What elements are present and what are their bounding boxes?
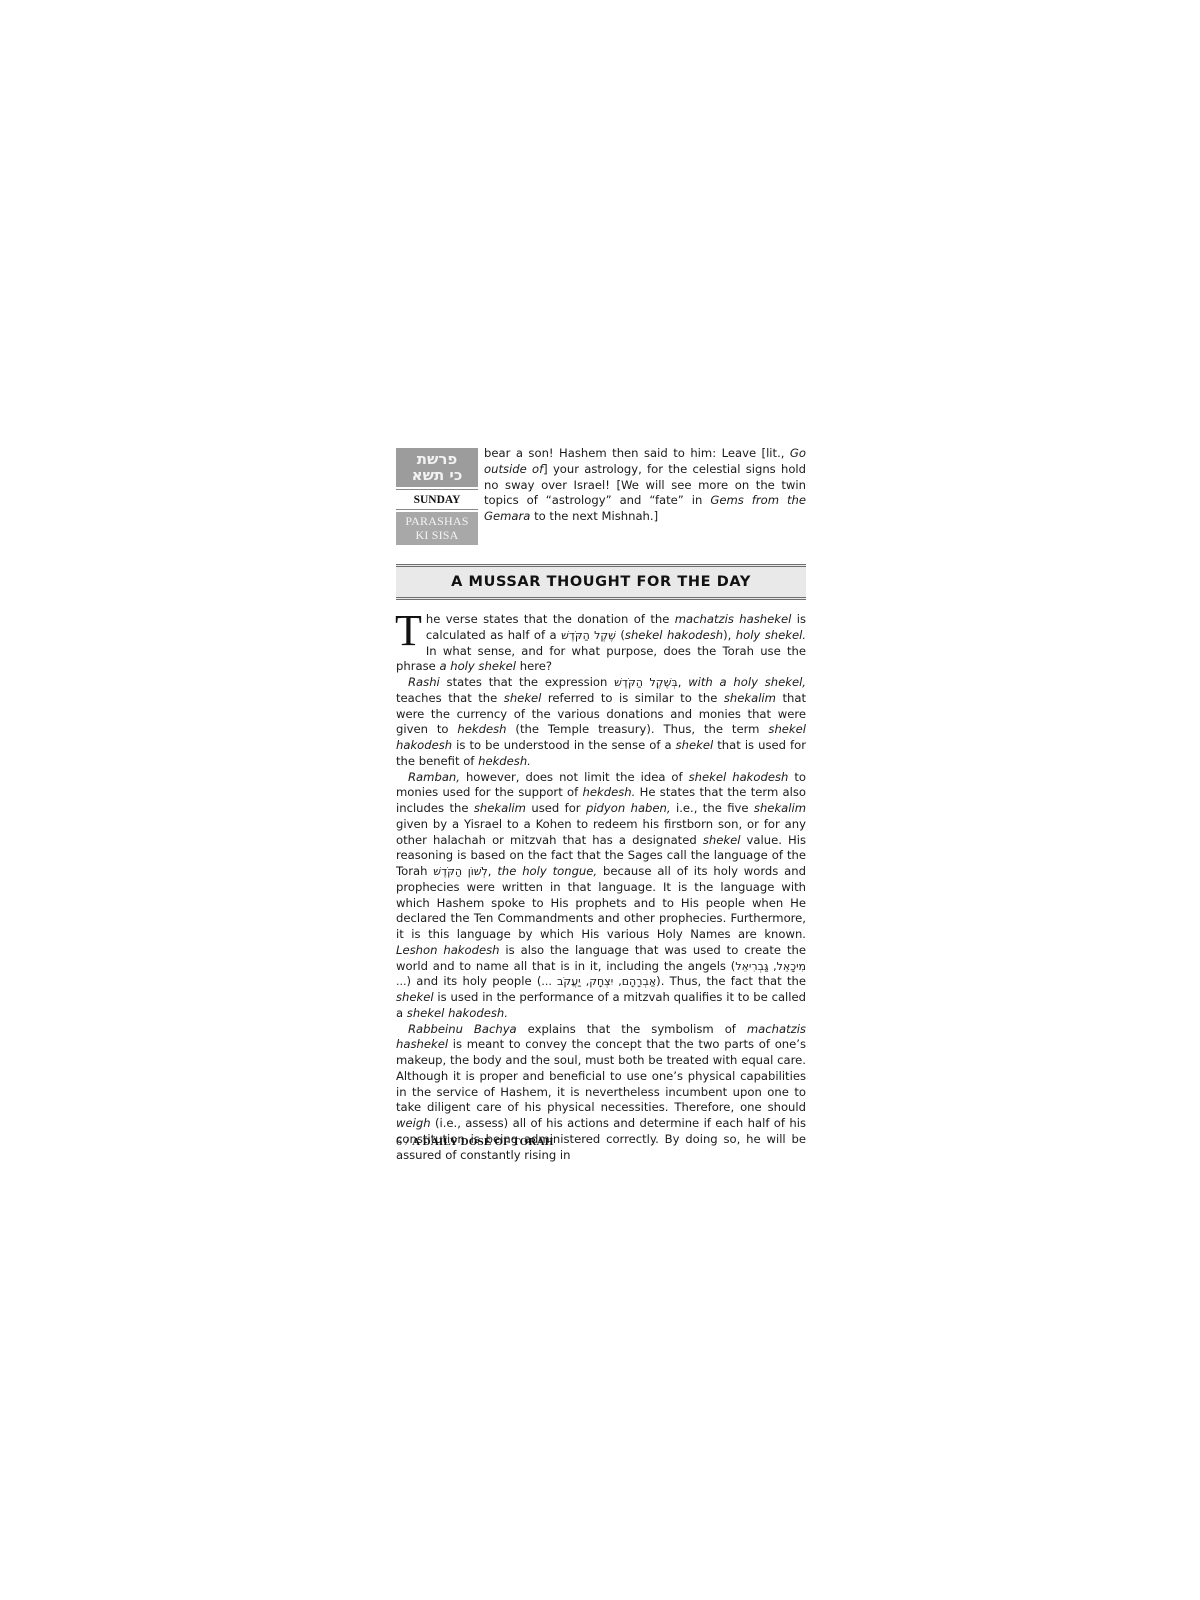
text: explains that the symbolism of (517, 1022, 747, 1036)
italic-text: shekel (676, 738, 714, 752)
italic-text: a holy shekel (439, 659, 516, 673)
text: referred to is similar to the (541, 691, 723, 705)
italic-text: Rabbeinu Bachya (408, 1022, 517, 1036)
italic-text: shekel hakodesh (625, 628, 723, 642)
hebrew-text: בְּשֶׁקֶל הַקֹּדֶשׁ (614, 676, 678, 689)
top-block: פרשת כי תשא SUNDAY PARASHAS KI SISA bear… (396, 448, 806, 548)
italic-text: Ramban, (408, 770, 460, 784)
hebrew-line-2: כי תשא (396, 467, 478, 483)
section-heading-bar: A MUSSAR THOUGHT FOR THE DAY (396, 564, 806, 600)
text: teaches that the (396, 691, 504, 705)
italic-text: hekdesh (457, 722, 506, 736)
text: he verse states that the donation of the (426, 612, 675, 626)
text: , (488, 864, 498, 878)
italic-text: weigh (396, 1116, 431, 1130)
section-heading: A MUSSAR THOUGHT FOR THE DAY (451, 567, 751, 597)
continuation-paragraph: bear a son! Hashem then said to him: Lea… (484, 446, 806, 525)
paragraph-2: Rashi states that the expression בְּשֶׁק… (396, 675, 806, 770)
text: used for (526, 801, 586, 815)
italic-text: the holy tongue, (497, 864, 597, 878)
hebrew-text: אַבְרָהָם, יִצְחָק, יַעֲקֹב ... (541, 975, 656, 988)
italic-text: Rashi (408, 675, 440, 689)
hebrew-line-1: פרשת (396, 451, 478, 467)
page-footer: 6 / A DAILY DOSE OF TORAH (396, 1134, 553, 1149)
italic-text: holy shekel. (736, 628, 806, 642)
parasha-tab: פרשת כי תשא SUNDAY PARASHAS KI SISA (396, 448, 478, 545)
text: ). Thus, the fact that the (656, 974, 806, 988)
hebrew-text: לְשׁוֹן הַקֹּדֶשׁ (433, 865, 488, 878)
text: to the next Mishnah.] (530, 509, 658, 523)
italic-text: hekdesh. (583, 785, 636, 799)
footer-separator: / (402, 1134, 412, 1148)
italic-text: shekel hakodesh (689, 770, 789, 784)
italic-text: Leshon hakodesh (396, 943, 500, 957)
text: states that the expression (440, 675, 614, 689)
italic-text: machatzis hashekel (675, 612, 792, 626)
parasha-line-1: PARASHAS (396, 514, 478, 528)
italic-text: shekel (504, 691, 542, 705)
italic-text: shekel hakodesh. (407, 1006, 508, 1020)
day-label: SUNDAY (396, 489, 478, 510)
text: (the Temple treasury). Thus, the term (507, 722, 769, 736)
italic-text: shekalim (724, 691, 776, 705)
parasha-english-label: PARASHAS KI SISA (396, 512, 478, 545)
italic-text: hekdesh. (478, 754, 531, 768)
text: , (678, 675, 688, 689)
text: however, does not limit the idea of (460, 770, 689, 784)
drop-cap: T (395, 614, 422, 648)
hebrew-text: שֶׁקֶל הַקֹּדֶשׁ (561, 629, 616, 642)
paragraph-1: The verse states that the donation of th… (396, 612, 806, 675)
italic-text: with a holy shekel, (688, 675, 806, 689)
text: ( (616, 628, 625, 642)
text: i.e., the five (671, 801, 754, 815)
page: פרשת כי תשא SUNDAY PARASHAS KI SISA bear… (396, 448, 806, 1163)
text: bear a son! Hashem then said to him: Lea… (484, 446, 790, 460)
text: is meant to convey the concept that the … (396, 1037, 806, 1114)
text: here? (516, 659, 552, 673)
parasha-hebrew-label: פרשת כי תשא (396, 448, 478, 487)
italic-text: shekel (396, 990, 434, 1004)
book-title: A DAILY DOSE OF TORAH (412, 1136, 553, 1148)
italic-text: shekalim (754, 801, 806, 815)
text: ) and its holy people ( (407, 974, 542, 988)
article-body: The verse states that the donation of th… (396, 612, 806, 1163)
paragraph-3: Ramban, however, does not limit the idea… (396, 770, 806, 1022)
italic-text: pidyon haben, (586, 801, 671, 815)
parasha-line-2: KI SISA (396, 528, 478, 542)
italic-text: shekalim (474, 801, 526, 815)
text: ), (723, 628, 736, 642)
text: is to be understood in the sense of a (452, 738, 675, 752)
italic-text: shekel (703, 833, 741, 847)
